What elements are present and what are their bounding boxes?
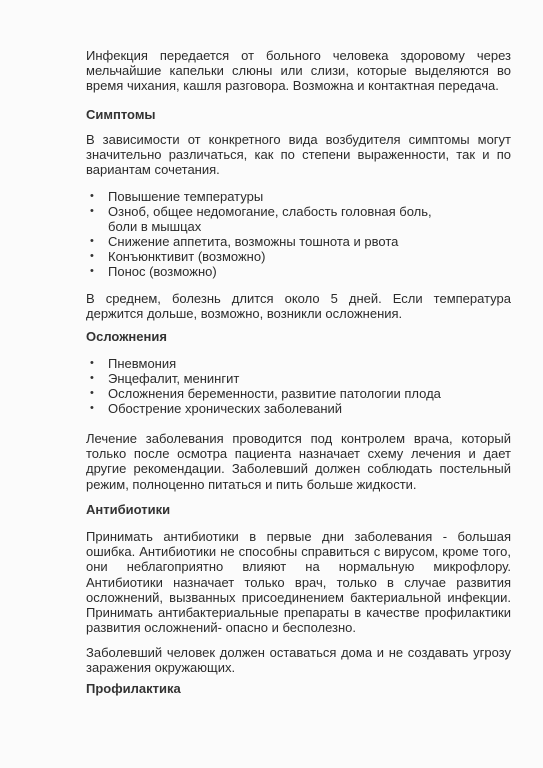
complications-list: Пневмония Энцефалит, менингит Осложнения… bbox=[86, 356, 511, 416]
list-item: Озноб, общее недомогание, слабость голов… bbox=[86, 204, 511, 234]
symptoms-paragraph: В зависимости от конкретного вида возбуд… bbox=[86, 132, 511, 178]
list-item: Осложнения беременности, развитие патоло… bbox=[86, 386, 511, 401]
list-item: Конъюнктивит (возможно) bbox=[86, 249, 511, 264]
heading-symptoms: Симптомы bbox=[86, 107, 511, 122]
antibiotics-paragraph: Принимать антибиотики в первые дни забол… bbox=[86, 529, 511, 635]
list-item: Пневмония bbox=[86, 356, 511, 371]
intro-paragraph: Инфекция передается от больного человека… bbox=[86, 48, 511, 94]
stay-home-paragraph: Заболевший человек должен оставаться дом… bbox=[86, 645, 511, 675]
duration-paragraph: В среднем, болезнь длится около 5 дней. … bbox=[86, 291, 511, 321]
list-item: Понос (возможно) bbox=[86, 264, 511, 279]
list-item: Энцефалит, менингит bbox=[86, 371, 511, 386]
heading-complications: Осложнения bbox=[86, 329, 511, 344]
list-item: Повышение температуры bbox=[86, 189, 511, 204]
treatment-paragraph: Лечение заболевания проводится под контр… bbox=[86, 431, 511, 492]
document-page: Инфекция передается от больного человека… bbox=[0, 0, 543, 768]
list-item: Обострение хронических заболеваний bbox=[86, 401, 511, 416]
symptoms-list: Повышение температуры Озноб, общее недом… bbox=[86, 189, 511, 279]
heading-antibiotics: Антибиотики bbox=[86, 502, 511, 517]
list-item: Снижение аппетита, возможны тошнота и рв… bbox=[86, 234, 511, 249]
heading-prevention: Профилактика bbox=[86, 681, 511, 696]
